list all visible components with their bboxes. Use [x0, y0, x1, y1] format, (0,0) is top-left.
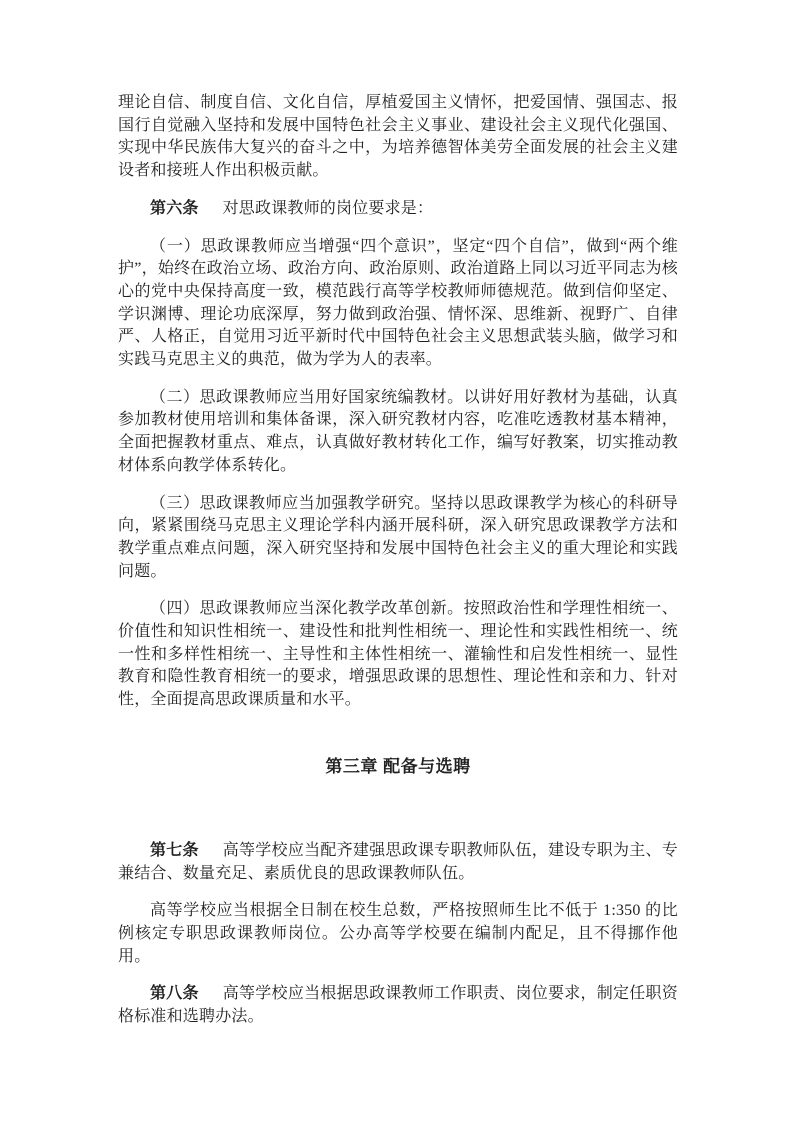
article-8-label: 第八条 [150, 985, 199, 1002]
article-8: 第八条高等学校应当根据思政课教师工作职责、岗位要求，制定任职资格标准和选聘办法。 [118, 983, 678, 1028]
article-7-label: 第七条 [150, 842, 199, 859]
clause-2-paragraph: （二）思政课教师应当用好国家统编教材。以讲好用好教材为基础，认真参加教材使用培训… [118, 387, 678, 478]
article-8-text: 高等学校应当根据思政课教师工作职责、岗位要求，制定任职资格标准和选聘办法。 [118, 985, 678, 1025]
clause-1-paragraph: （一）思政课教师应当增强“四个意识”，坚定“四个自信”，做到“两个维护”，始终在… [118, 236, 678, 372]
document-page: 理论自信、制度自信、文化自信，厚植爱国主义情怀，把爱国情、强国志、报国行自觉融入… [0, 0, 793, 1122]
article-6: 第六条对思政课教师的岗位要求是： [118, 198, 678, 221]
paragraph-continuation: 理论自信、制度自信、文化自信，厚植爱国主义情怀，把爱国情、强国志、报国行自觉融入… [118, 92, 678, 183]
clause-4-paragraph: （四）思政课教师应当深化教学改革创新。按照政治性和学理性相统一、价值性和知识性相… [118, 598, 678, 712]
article-7: 第七条高等学校应当配齐建强思政课专职教师队伍，建设专职为主、专兼结合、数量充足、… [118, 840, 678, 885]
article-6-text: 对思政课教师的岗位要求是： [223, 200, 434, 217]
paragraph-staff-ratio: 高等学校应当根据全日制在校生总数，严格按照师生比不低于 1:350 的比例核定专… [118, 900, 678, 968]
clause-3-paragraph: （三）思政课教师应当加强教学研究。坚持以思政课教学为核心的科研导向，紧紧围绕马克… [118, 493, 678, 584]
article-6-label: 第六条 [150, 200, 199, 217]
article-7-text: 高等学校应当配齐建强思政课专职教师队伍，建设专职为主、专兼结合、数量充足、素质优… [118, 842, 678, 882]
chapter-heading: 第三章 配备与选聘 [118, 755, 678, 778]
